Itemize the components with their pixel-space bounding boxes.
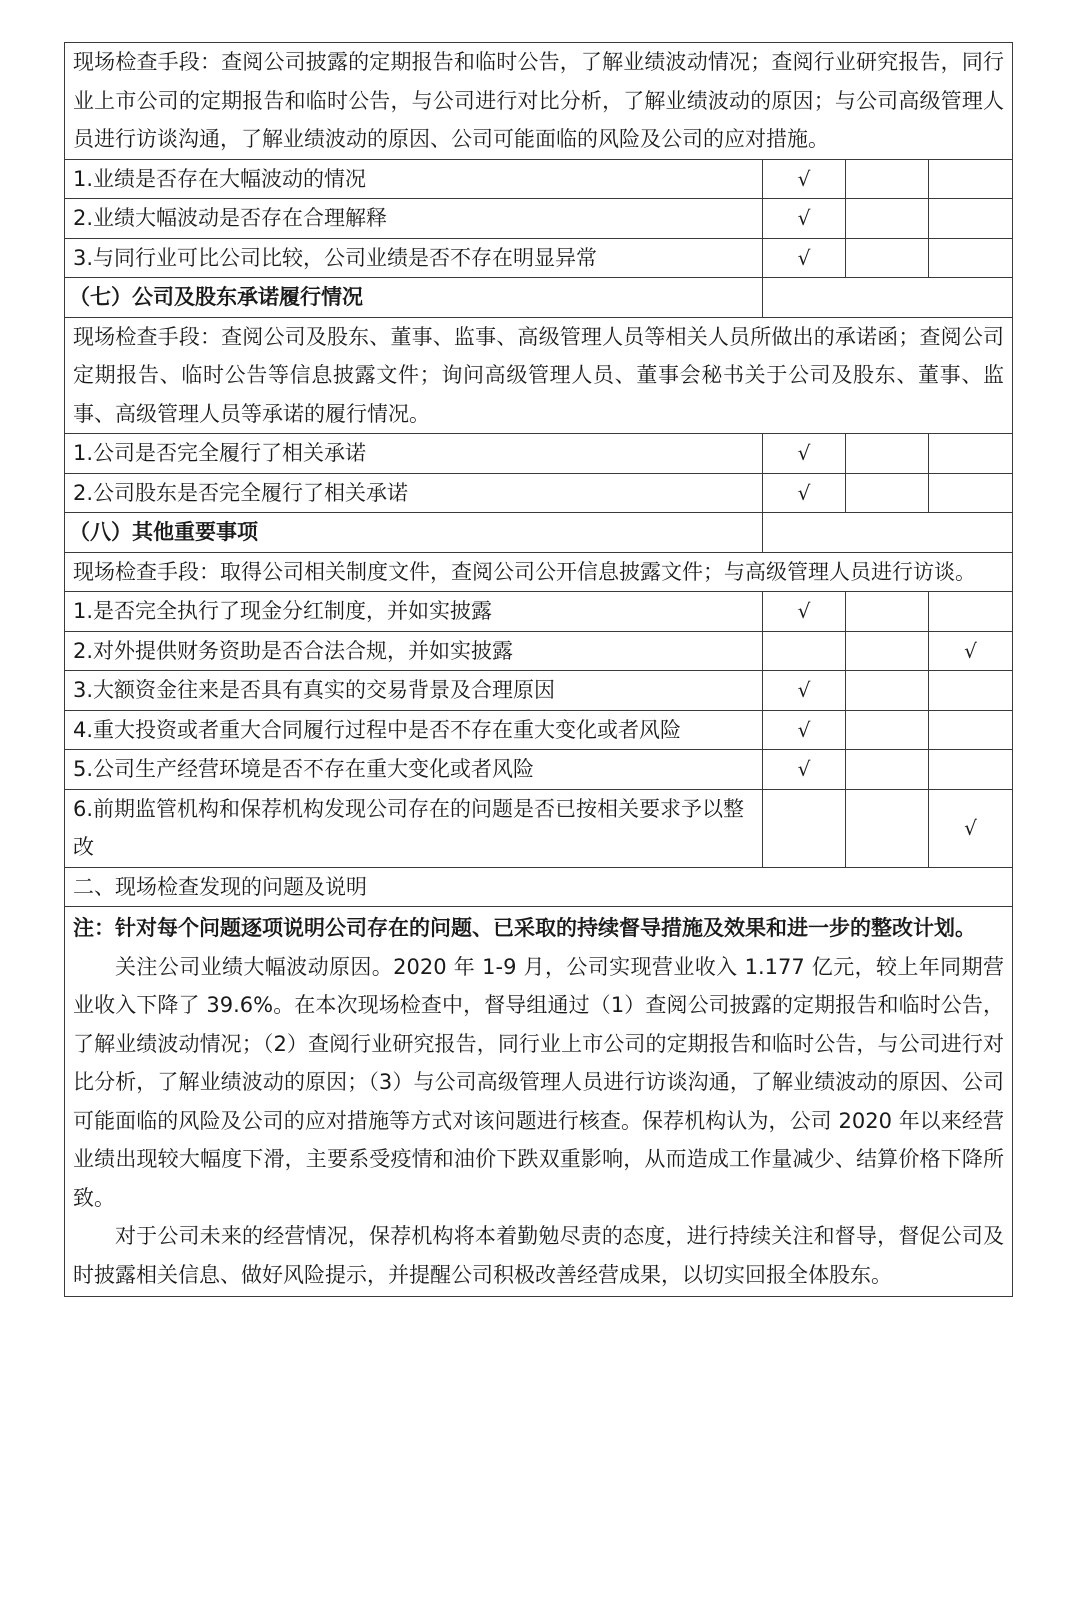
section8-title: （八）其他重要事项 — [65, 513, 763, 553]
section8-method-text: 现场检查手段：取得公司相关制度文件，查阅公司公开信息披露文件；与高级管理人员进行… — [65, 552, 1013, 592]
item-label: 2.业绩大幅波动是否存在合理解释 — [65, 199, 763, 239]
check-yes-cell: √ — [763, 671, 846, 711]
part2-note: 注：针对每个问题逐项说明公司存在的问题、已采取的持续督导措施及效果和进一步的整改… — [73, 909, 1004, 948]
table-row: 3.与同行业可比公司比较，公司业绩是否不存在明显异常 √ — [65, 238, 1013, 278]
check-na-cell — [929, 750, 1013, 790]
check-na-cell — [929, 671, 1013, 711]
check-no-cell — [846, 671, 929, 711]
item-label: 1.业绩是否存在大幅波动的情况 — [65, 159, 763, 199]
check-yes-cell: √ — [763, 750, 846, 790]
check-yes-cell: √ — [763, 238, 846, 278]
section7-title: （七）公司及股东承诺履行情况 — [65, 278, 763, 318]
check-na-cell — [929, 473, 1013, 513]
check-no-cell — [846, 238, 929, 278]
check-yes-cell: √ — [763, 592, 846, 632]
check-yes-cell: √ — [763, 710, 846, 750]
item-label: 5.公司生产经营环境是否不存在重大变化或者风险 — [65, 750, 763, 790]
check-na-cell — [929, 199, 1013, 239]
check-yes-cell: √ — [763, 434, 846, 474]
table-row: 2.公司股东是否完全履行了相关承诺 √ — [65, 473, 1013, 513]
check-yes-cell: √ — [763, 199, 846, 239]
table-row: 1.公司是否完全履行了相关承诺 √ — [65, 434, 1013, 474]
check-no-cell — [846, 592, 929, 632]
table-row: 1.是否完全执行了现金分红制度，并如实披露 √ — [65, 592, 1013, 632]
check-no-cell — [846, 159, 929, 199]
item-label: 2.对外提供财务资助是否合法合规，并如实披露 — [65, 631, 763, 671]
item-label: 1.公司是否完全履行了相关承诺 — [65, 434, 763, 474]
check-no-cell — [846, 473, 929, 513]
part2-paragraph-2: 对于公司未来的经营情况，保荐机构将本着勤勉尽责的态度，进行持续关注和督导，督促公… — [73, 1217, 1004, 1294]
part2-body-row: 注：针对每个问题逐项说明公司存在的问题、已采取的持续督导措施及效果和进一步的整改… — [65, 907, 1013, 1297]
check-no-cell — [846, 199, 929, 239]
item-label: 6.前期监管机构和保荐机构发现公司存在的问题是否已按相关要求予以整改 — [65, 789, 763, 867]
item-label: 3.与同行业可比公司比较，公司业绩是否不存在明显异常 — [65, 238, 763, 278]
check-na-cell — [929, 159, 1013, 199]
inspection-table: 现场检查手段：查阅公司披露的定期报告和临时公告，了解业绩波动情况；查阅行业研究报… — [64, 42, 1013, 1297]
section7-title-row: （七）公司及股东承诺履行情况 — [65, 278, 1013, 318]
check-no-cell — [846, 631, 929, 671]
part2-paragraph-1: 关注公司业绩大幅波动原因。2020 年 1-9 月，公司实现营业收入 1.177… — [73, 948, 1004, 1218]
table-row: 6.前期监管机构和保荐机构发现公司存在的问题是否已按相关要求予以整改 √ — [65, 789, 1013, 867]
inspection-report-page: 现场检查手段：查阅公司披露的定期报告和临时公告，了解业绩波动情况；查阅行业研究报… — [64, 42, 1012, 1297]
section7-method-row: 现场检查手段：查阅公司及股东、董事、监事、高级管理人员等相关人员所做出的承诺函；… — [65, 317, 1013, 434]
table-row: 1.业绩是否存在大幅波动的情况 √ — [65, 159, 1013, 199]
check-no-cell — [846, 710, 929, 750]
check-no-cell — [846, 750, 929, 790]
part2-title: 二、现场检查发现的问题及说明 — [65, 867, 1013, 907]
check-na-cell — [929, 434, 1013, 474]
table-row: 4.重大投资或者重大合同履行过程中是否不存在重大变化或者风险 √ — [65, 710, 1013, 750]
check-yes-cell: √ — [763, 159, 846, 199]
check-na-cell: √ — [929, 631, 1013, 671]
check-no-cell — [846, 434, 929, 474]
check-na-cell — [929, 710, 1013, 750]
table-row: 2.业绩大幅波动是否存在合理解释 √ — [65, 199, 1013, 239]
item-label: 1.是否完全执行了现金分红制度，并如实披露 — [65, 592, 763, 632]
table-row: 5.公司生产经营环境是否不存在重大变化或者风险 √ — [65, 750, 1013, 790]
table-row: 2.对外提供财务资助是否合法合规，并如实披露 √ — [65, 631, 1013, 671]
section8-method-row: 现场检查手段：取得公司相关制度文件，查阅公司公开信息披露文件；与高级管理人员进行… — [65, 552, 1013, 592]
check-yes-cell: √ — [763, 473, 846, 513]
section8-title-row: （八）其他重要事项 — [65, 513, 1013, 553]
check-na-cell — [929, 238, 1013, 278]
part2-body: 注：针对每个问题逐项说明公司存在的问题、已采取的持续督导措施及效果和进一步的整改… — [65, 907, 1013, 1297]
empty-cell — [763, 278, 1013, 318]
table-row: 3.大额资金往来是否具有真实的交易背景及合理原因 √ — [65, 671, 1013, 711]
section6-method-row: 现场检查手段：查阅公司披露的定期报告和临时公告，了解业绩波动情况；查阅行业研究报… — [65, 43, 1013, 160]
check-yes-cell — [763, 631, 846, 671]
check-yes-cell — [763, 789, 846, 867]
check-na-cell: √ — [929, 789, 1013, 867]
check-na-cell — [929, 592, 1013, 632]
section7-method-text: 现场检查手段：查阅公司及股东、董事、监事、高级管理人员等相关人员所做出的承诺函；… — [65, 317, 1013, 434]
item-label: 4.重大投资或者重大合同履行过程中是否不存在重大变化或者风险 — [65, 710, 763, 750]
section6-method-text: 现场检查手段：查阅公司披露的定期报告和临时公告，了解业绩波动情况；查阅行业研究报… — [65, 43, 1013, 160]
item-label: 2.公司股东是否完全履行了相关承诺 — [65, 473, 763, 513]
part2-title-row: 二、现场检查发现的问题及说明 — [65, 867, 1013, 907]
empty-cell — [763, 513, 1013, 553]
item-label: 3.大额资金往来是否具有真实的交易背景及合理原因 — [65, 671, 763, 711]
check-no-cell — [846, 789, 929, 867]
